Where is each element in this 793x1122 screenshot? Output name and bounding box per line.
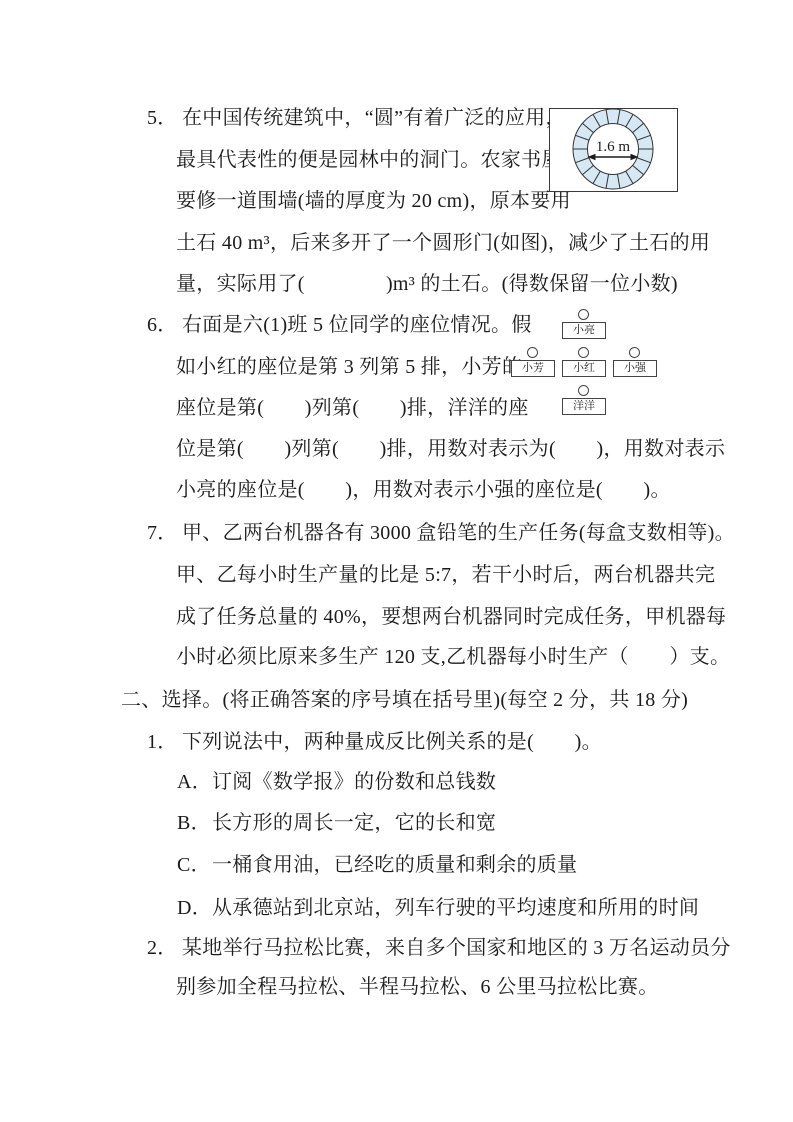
q7-line-4: 小时必须比原来多生产 120 支,乙机器每小时生产（ ）支。 [176,642,730,672]
q7-line-1: 7．甲、乙两台机器各有 3000 盒铅笔的生产任务(每盒支数相等)。 [147,518,735,548]
diameter-label: 1.6 m [596,139,631,155]
option-c-text: 一桶食用油，已经吃的质量和剩余的质量 [212,854,577,876]
q5-line-3: 要修一道围墙(墙的厚度为 20 cm)，原本要用 [176,186,571,216]
q6-line-3: 座位是第( )列第( )排，洋洋的座 [176,393,529,423]
seat-label-xiaoqiang: 小强 [613,360,657,377]
student-head-icon [629,347,640,358]
s2-q2-line-2: 别参加全程马拉松、半程马拉松、6 公里马拉松比赛。 [176,972,659,1002]
section-two-header: 二、选择。(将正确答案的序号填在括号里)(每空 2 分，共 18 分) [121,685,688,715]
q7-line-3: 成了任务总量的 40%，要想两台机器同时完成任务，甲机器每 [176,602,726,632]
q6-line-1-text: 右面是六(1)班 5 位同学的座位情况。假 [182,314,532,336]
q5-line-5: 量，实际用了( )m³ 的土石。(得数保留一位小数) [176,269,678,299]
q7-line-2: 甲、乙每小时生产量的比是 5:7，若干小时后，两台机器共完 [176,560,715,590]
q6-line-1: 6．右面是六(1)班 5 位同学的座位情况。假 [147,310,532,340]
option-a-text: 订阅《数学报》的份数和总钱数 [212,771,496,793]
s2-q1-number: 1． [147,727,182,757]
seat-label-xiaoliang: 小亮 [562,322,606,339]
option-c-label: C． [177,850,212,880]
q6-line-2: 如小红的座位是第 3 列第 5 排，小芳的 [176,352,522,382]
option-a-label: A． [177,767,212,797]
s2-q1-option-c: C．一桶食用油，已经吃的质量和剩余的质量 [177,850,577,880]
q5-line-4: 土石 40 m³，后来多开了一个圆形门(如图)，减少了土石的用 [176,228,710,258]
option-b-label: B． [177,808,212,838]
q6-line-4: 位是第( )列第( )排，用数对表示为( )，用数对表示 [176,434,725,464]
student-head-icon [578,347,589,358]
exam-page: 5．在中国传统建筑中，“圆”有着广泛的应用， 最具代表性的便是园林中的洞门。农家… [0,0,793,1122]
q5-line-1: 5．在中国传统建筑中，“圆”有着广泛的应用， [147,103,566,133]
q7-number: 7． [147,518,182,548]
student-head-icon [578,385,589,396]
s2-q2-line-1-text: 某地举行马拉松比赛，来自多个国家和地区的 3 万名运动员分 [182,937,731,959]
seat-label-yangyang: 洋洋 [562,398,606,415]
student-head-icon [527,347,538,358]
s2-q1-line: 1．下列说法中，两种量成反比例关系的是( )。 [147,727,602,757]
option-d-text: 从承德站到北京站，列车行驶的平均速度和所用的时间 [212,897,699,919]
q6-line-5: 小亮的座位是( )，用数对表示小强的座位是( )。 [176,475,671,505]
q5-line-2: 最具代表性的便是园林中的洞门。农家书屋 [176,145,562,175]
q6-number: 6． [147,310,182,340]
door-figure: 1.6 m [549,108,678,192]
q5-line-1-text: 在中国传统建筑中，“圆”有着广泛的应用， [182,107,566,129]
s2-q1-option-d: D．从承德站到北京站，列车行驶的平均速度和所用的时间 [177,893,699,923]
seat-label-xiaofang: 小芳 [511,360,555,377]
q7-line-1-text: 甲、乙两台机器各有 3000 盒铅笔的生产任务(每盒支数相等)。 [182,522,735,544]
s2-q1-option-a: A．订阅《数学报》的份数和总钱数 [177,767,496,797]
option-d-label: D． [177,893,212,923]
student-head-icon [578,309,589,320]
s2-q1-text: 下列说法中，两种量成反比例关系的是( )。 [182,731,602,753]
option-b-text: 长方形的周长一定，它的长和宽 [212,812,496,834]
s2-q2-number: 2． [147,933,182,963]
q5-number: 5． [147,103,182,133]
s2-q1-option-b: B．长方形的周长一定，它的长和宽 [177,808,496,838]
seat-label-xiaohong: 小红 [562,360,606,377]
s2-q2-line-1: 2．某地举行马拉松比赛，来自多个国家和地区的 3 万名运动员分 [147,933,731,963]
